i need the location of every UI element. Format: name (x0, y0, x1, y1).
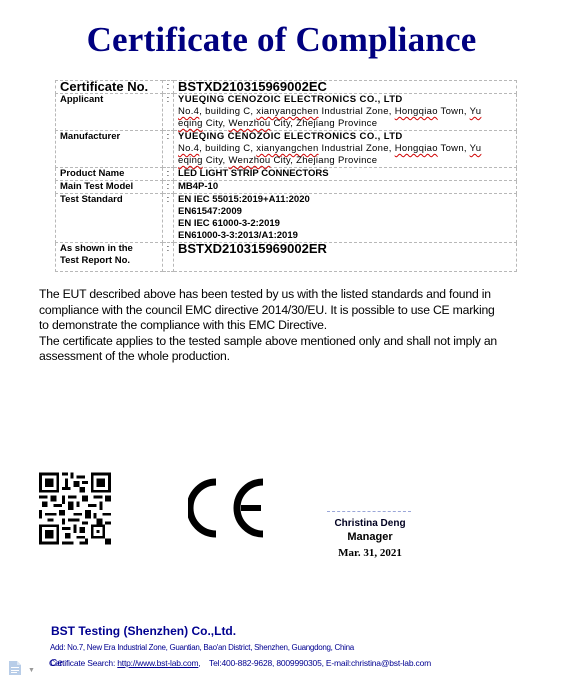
statement-paragraph-1: The EUT described above has been tested … (39, 287, 499, 334)
certificate-info-table: Certificate No. : BSTXD210315969002EC Ap… (55, 80, 517, 272)
label-test-standard: Test Standard (56, 194, 163, 243)
company-address: Add: No.7, New Era Industrial Zone, Guan… (50, 643, 354, 652)
dropdown-arrow-icon[interactable]: ▼ (28, 667, 35, 674)
signature-block: Christina Deng Manager Mar. 31, 2021 (310, 517, 430, 562)
row-product-name: Product Name : LED LIGHT STRIP CONNECTOR… (56, 168, 517, 181)
contact-line: Certificate Search: http://www.bst-lab.c… (49, 658, 431, 668)
colon: : (163, 94, 174, 131)
colon: : (163, 81, 174, 94)
test-standard-item: EN61547:2009 (178, 206, 512, 218)
certificate-title: Certificate of Compliance (0, 20, 563, 60)
label-applicant: Applicant (56, 94, 163, 131)
website-link[interactable]: http://www.bst-lab.com (117, 658, 198, 668)
colon: : (163, 243, 174, 272)
row-test-standard: Test Standard : EN IEC 55015:2019+A11:20… (56, 194, 517, 243)
bottom-tab-text: Ce (50, 658, 63, 669)
document-icon[interactable] (8, 660, 22, 676)
company-name: BST Testing (Shenzhen) Co.,Ltd. (51, 624, 236, 638)
label-main-test-model: Main Test Model (56, 181, 163, 194)
signature-line (327, 511, 411, 512)
value-main-test-model: MB4P-10 (174, 181, 517, 194)
statement-paragraph-2: The certificate applies to the tested sa… (39, 334, 499, 365)
compliance-statement: The EUT described above has been tested … (39, 287, 499, 365)
colon: : (163, 131, 174, 168)
manufacturer-address: No.4, building C, xianyangchen Industria… (178, 143, 512, 167)
row-certificate-no: Certificate No. : BSTXD210315969002EC (56, 81, 517, 94)
contact-info: , Tel:400-882-9628, 8009990305, E-mail:c… (198, 658, 431, 668)
colon: : (163, 181, 174, 194)
colon: : (163, 168, 174, 181)
colon: : (163, 194, 174, 243)
signatory-role: Manager (310, 530, 430, 545)
row-applicant: Applicant : YUEQING CENOZOIC ELECTRONICS… (56, 94, 517, 131)
label-manufacturer: Manufacturer (56, 131, 163, 168)
qr-code-icon (39, 472, 111, 545)
label-certificate-no: Certificate No. (56, 81, 163, 94)
row-report-no: As shown in theTest Report No. : BSTXD21… (56, 243, 517, 272)
value-product-name: LED LIGHT STRIP CONNECTORS (174, 168, 517, 181)
applicant-name: YUEQING CENOZOIC ELECTRONICS CO., LTD (178, 94, 512, 106)
value-report-no: BSTXD210315969002ER (174, 243, 517, 272)
label-product-name: Product Name (56, 168, 163, 181)
test-standard-item: EN IEC 55015:2019+A11:2020 (178, 194, 512, 206)
label-report-no: As shown in theTest Report No. (56, 243, 163, 272)
applicant-address: No.4, building C, xianyangchen Industria… (178, 106, 512, 130)
signature-date: Mar. 31, 2021 (310, 545, 430, 562)
row-manufacturer: Manufacturer : YUEQING CENOZOIC ELECTRON… (56, 131, 517, 168)
value-certificate-no: BSTXD210315969002EC (174, 81, 517, 94)
test-standard-item: EN IEC 61000-3-2:2019 (178, 218, 512, 230)
row-main-test-model: Main Test Model : MB4P-10 (56, 181, 517, 194)
signatory-name: Christina Deng (310, 517, 430, 530)
value-test-standards: EN IEC 55015:2019+A11:2020 EN61547:2009 … (174, 194, 517, 243)
ce-mark-icon (188, 478, 266, 538)
manufacturer-name: YUEQING CENOZOIC ELECTRONICS CO., LTD (178, 131, 512, 143)
